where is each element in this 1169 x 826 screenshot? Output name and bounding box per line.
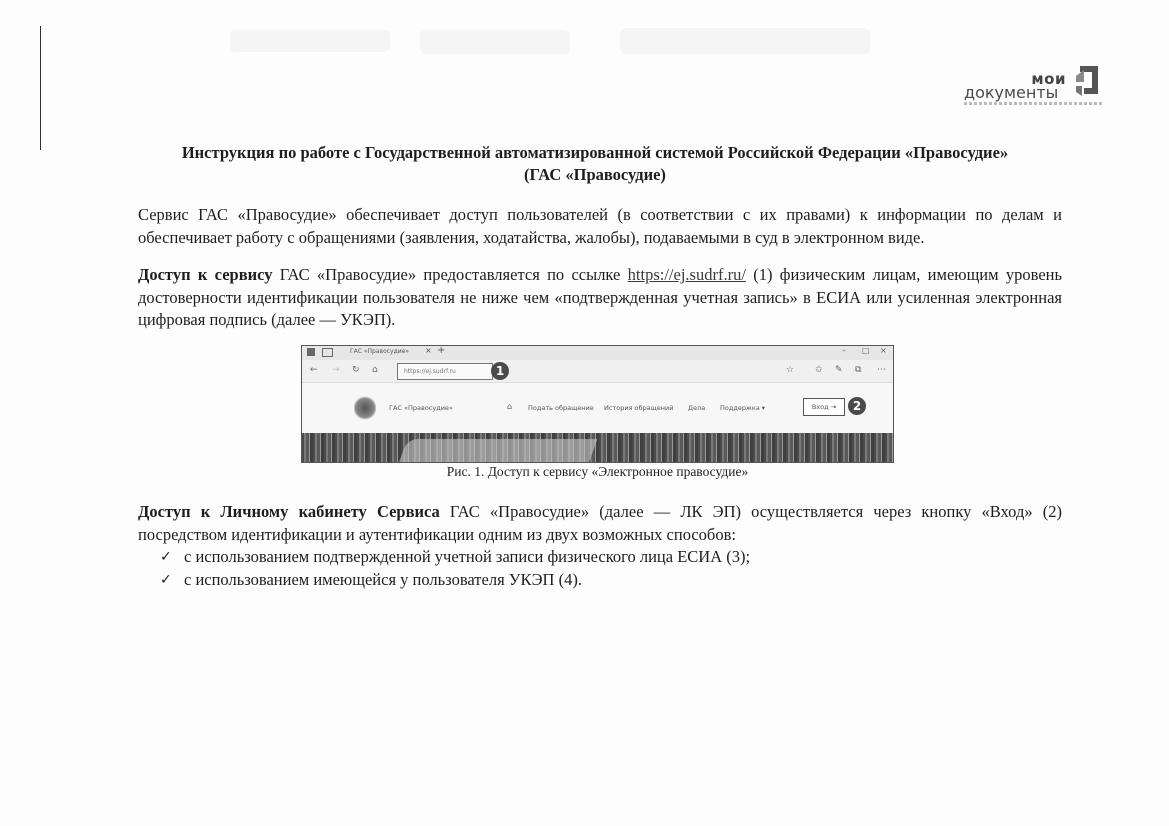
title-line-2: (ГАС «Правосудие) [130, 164, 1060, 186]
browser-app-icon [307, 348, 315, 356]
moi-dokumenty-logo-icon [1072, 62, 1102, 100]
refresh-icon: ↻ [352, 365, 360, 375]
tab-actions-icon [322, 348, 333, 357]
login-button: Вход ⇥ [803, 398, 845, 416]
forward-icon: → [332, 365, 340, 375]
scan-margin-line [40, 26, 41, 150]
back-icon: ← [310, 365, 318, 375]
scan-bleed [230, 30, 390, 52]
list-item-text: с использованием имеющейся у пользовател… [184, 569, 582, 592]
favorites-icon: ✩ [815, 365, 823, 375]
site-name: ГАС «Правосудие» [389, 404, 453, 412]
home-icon: ⌂ [372, 365, 378, 375]
login-icon: ⇥ [831, 403, 836, 411]
menu-cases: Дела [688, 404, 705, 412]
ej-sudrf-link[interactable]: https://ej.sudrf.ru/ [628, 265, 746, 284]
moi-dokumenty-logo: мои документы [962, 62, 1112, 112]
logo-tagline [964, 102, 1104, 105]
access-text-1: ГАС «Правосудие» предоставляется по ссыл… [272, 265, 627, 284]
site-banner-image [302, 433, 893, 462]
auth-methods-list: ✓ с использованием подтвержденной учетно… [160, 546, 750, 591]
intro-paragraph: Сервис ГАС «Правосудие» обеспечивает дос… [138, 204, 1062, 249]
browser-tab-bar: ГАС «Правосудие» × + – □ × [302, 346, 893, 360]
close-window-icon: × [880, 346, 887, 355]
browser-nav-bar: ← → ↻ ⌂ https://ej.sudrf.ru 1 ☆ ✩ ✎ ⧉ ⋯ [302, 360, 893, 383]
share-icon: ⧉ [855, 365, 861, 375]
logo-text-bottom: документы [964, 83, 1058, 102]
list-item-text: с использованием подтвержденной учетной … [184, 546, 750, 569]
site-header: ГАС «Правосудие» ⌂ Подать обращение Исто… [302, 383, 893, 433]
login-label: Вход [812, 403, 829, 411]
more-icon: ⋯ [877, 365, 886, 375]
pen-icon: ✎ [835, 365, 843, 375]
access-heading: Доступ к сервису [138, 265, 272, 284]
menu-request-history: История обращений [604, 404, 673, 412]
access-paragraph: Доступ к сервису ГАС «Правосудие» предос… [138, 264, 1062, 332]
document-title: Инструкция по работе с Государственной а… [130, 142, 1060, 186]
home-nav-icon: ⌂ [507, 402, 512, 411]
banner-highlight [397, 439, 598, 463]
callout-badge-2: 2 [848, 397, 866, 415]
tab-close-icon: × [425, 346, 432, 355]
maximize-icon: □ [862, 346, 870, 355]
url-bar: https://ej.sudrf.ru [397, 363, 493, 380]
checkmark-icon: ✓ [160, 546, 184, 569]
menu-support: Поддержка ▾ [720, 404, 765, 412]
russian-emblem-icon [354, 395, 376, 421]
browser-screenshot-figure: ГАС «Правосудие» × + – □ × ← → ↻ ⌂ https… [301, 345, 894, 463]
minimize-icon: – [842, 346, 846, 355]
checkmark-icon: ✓ [160, 569, 184, 592]
cabinet-paragraph: Доступ к Личному кабинету Сервиса ГАС «П… [138, 501, 1062, 546]
menu-submit-request: Подать обращение [528, 404, 594, 412]
list-item: ✓ с использованием имеющейся у пользоват… [160, 569, 750, 592]
browser-tab-title: ГАС «Правосудие» [350, 348, 409, 355]
scan-bleed [620, 28, 870, 54]
list-item: ✓ с использованием подтвержденной учетно… [160, 546, 750, 569]
figure-caption: Рис. 1. Доступ к сервису «Электронное пр… [300, 464, 895, 480]
title-line-1: Инструкция по работе с Государственной а… [130, 142, 1060, 164]
star-icon: ☆ [786, 365, 794, 375]
scan-bleed [420, 30, 570, 54]
cabinet-heading: Доступ к Личному кабинету Сервиса [138, 502, 440, 521]
new-tab-icon: + [437, 345, 445, 356]
callout-badge-1: 1 [491, 362, 509, 380]
